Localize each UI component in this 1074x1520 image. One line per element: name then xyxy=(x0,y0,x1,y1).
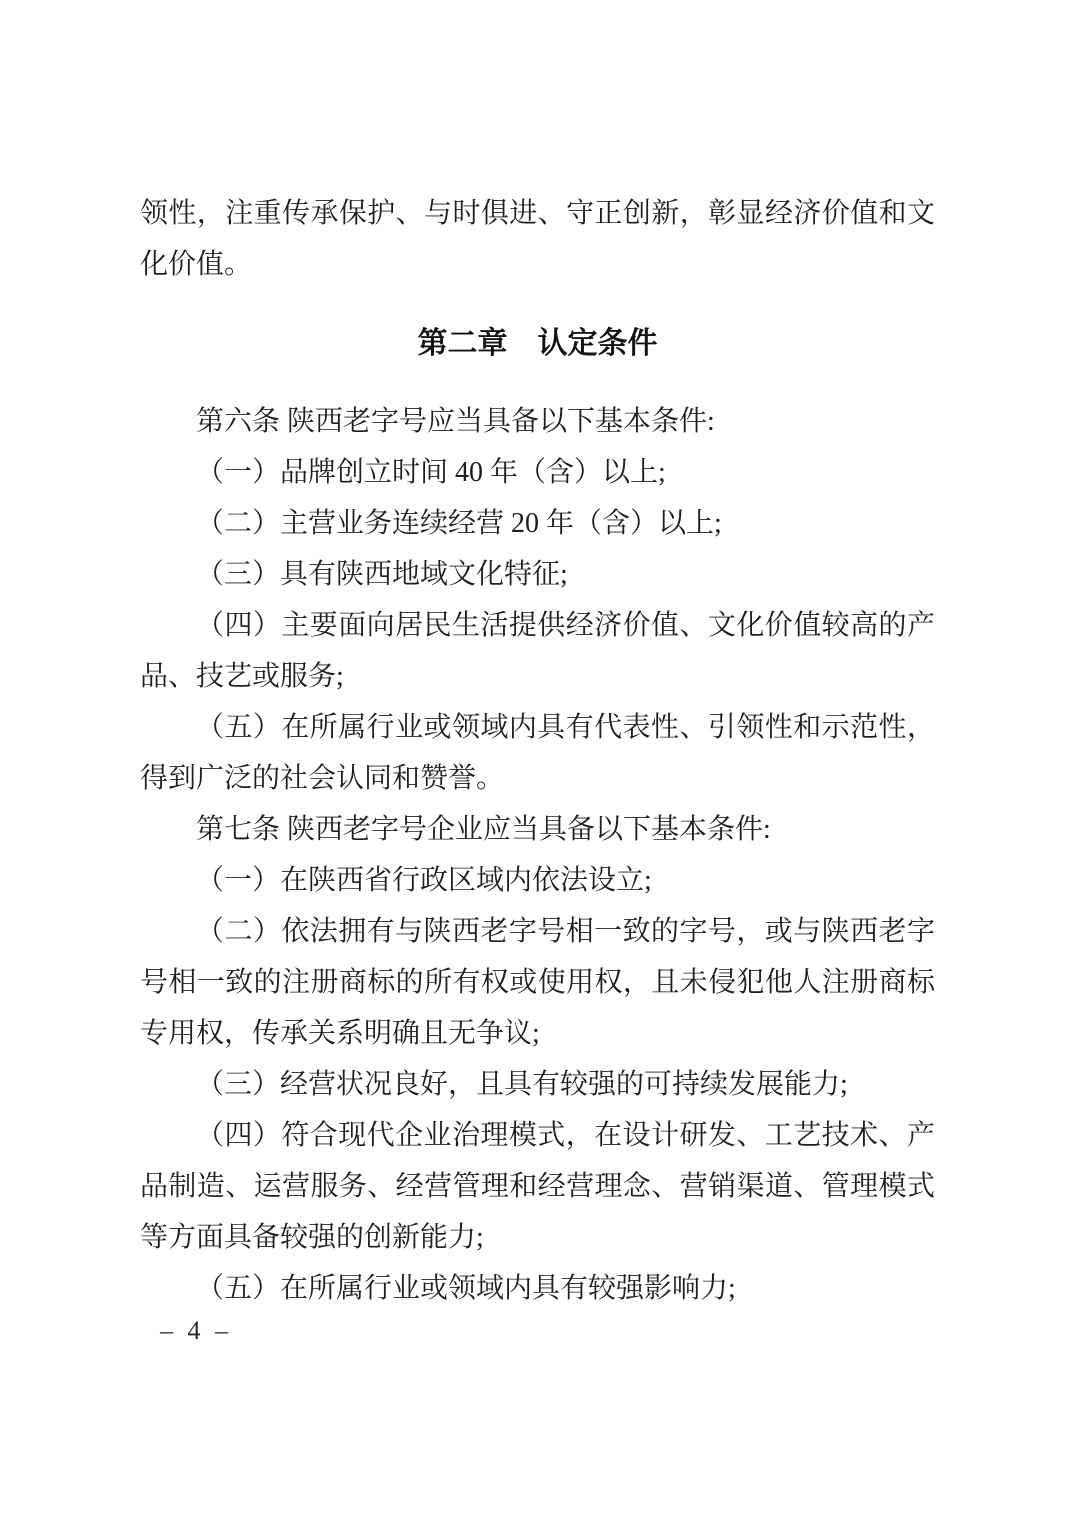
document-page: 领性，注重传承保护、与时俱进、守正创新，彰显经济价值和文化价值。 第二章 认定条… xyxy=(0,0,1074,1520)
article-6-item-4: （四）主要面向居民生活提供经济价值、文化价值较高的产品、技艺或服务; xyxy=(140,600,935,702)
article-7-item-5: （五）在所属行业或领域内具有较强影响力; xyxy=(140,1263,935,1314)
article-6-item-2: （二）主营业务连续经营 20 年（含）以上; xyxy=(140,498,935,549)
chapter-heading: 第二章 认定条件 xyxy=(140,318,935,369)
article-7-item-4: （四）符合现代企业治理模式，在设计研发、工艺技术、产品制造、运营服务、经营管理和… xyxy=(140,1110,935,1263)
article-6-title: 第六条 陕西老字号应当具备以下基本条件: xyxy=(140,396,935,447)
article-7-item-1: （一）在陕西省行政区域内依法设立; xyxy=(140,855,935,906)
article-7-item-2: （二）依法拥有与陕西老字号相一致的字号，或与陕西老字号相一致的注册商标的所有权或… xyxy=(140,906,935,1059)
article-6-item-3: （三）具有陕西地域文化特征; xyxy=(140,549,935,600)
article-6-item-1: （一）品牌创立时间 40 年（含）以上; xyxy=(140,447,935,498)
article-7-title: 第七条 陕西老字号企业应当具备以下基本条件: xyxy=(140,804,935,855)
article-6-item-5: （五）在所属行业或领域内具有代表性、引领性和示范性，得到广泛的社会认同和赞誉。 xyxy=(140,702,935,804)
page-number: – 4 – xyxy=(160,1316,232,1346)
article-7-item-3: （三）经营状况良好，且具有较强的可持续发展能力; xyxy=(140,1059,935,1110)
paragraph-continuation: 领性，注重传承保护、与时俱进、守正创新，彰显经济价值和文化价值。 xyxy=(140,188,935,290)
